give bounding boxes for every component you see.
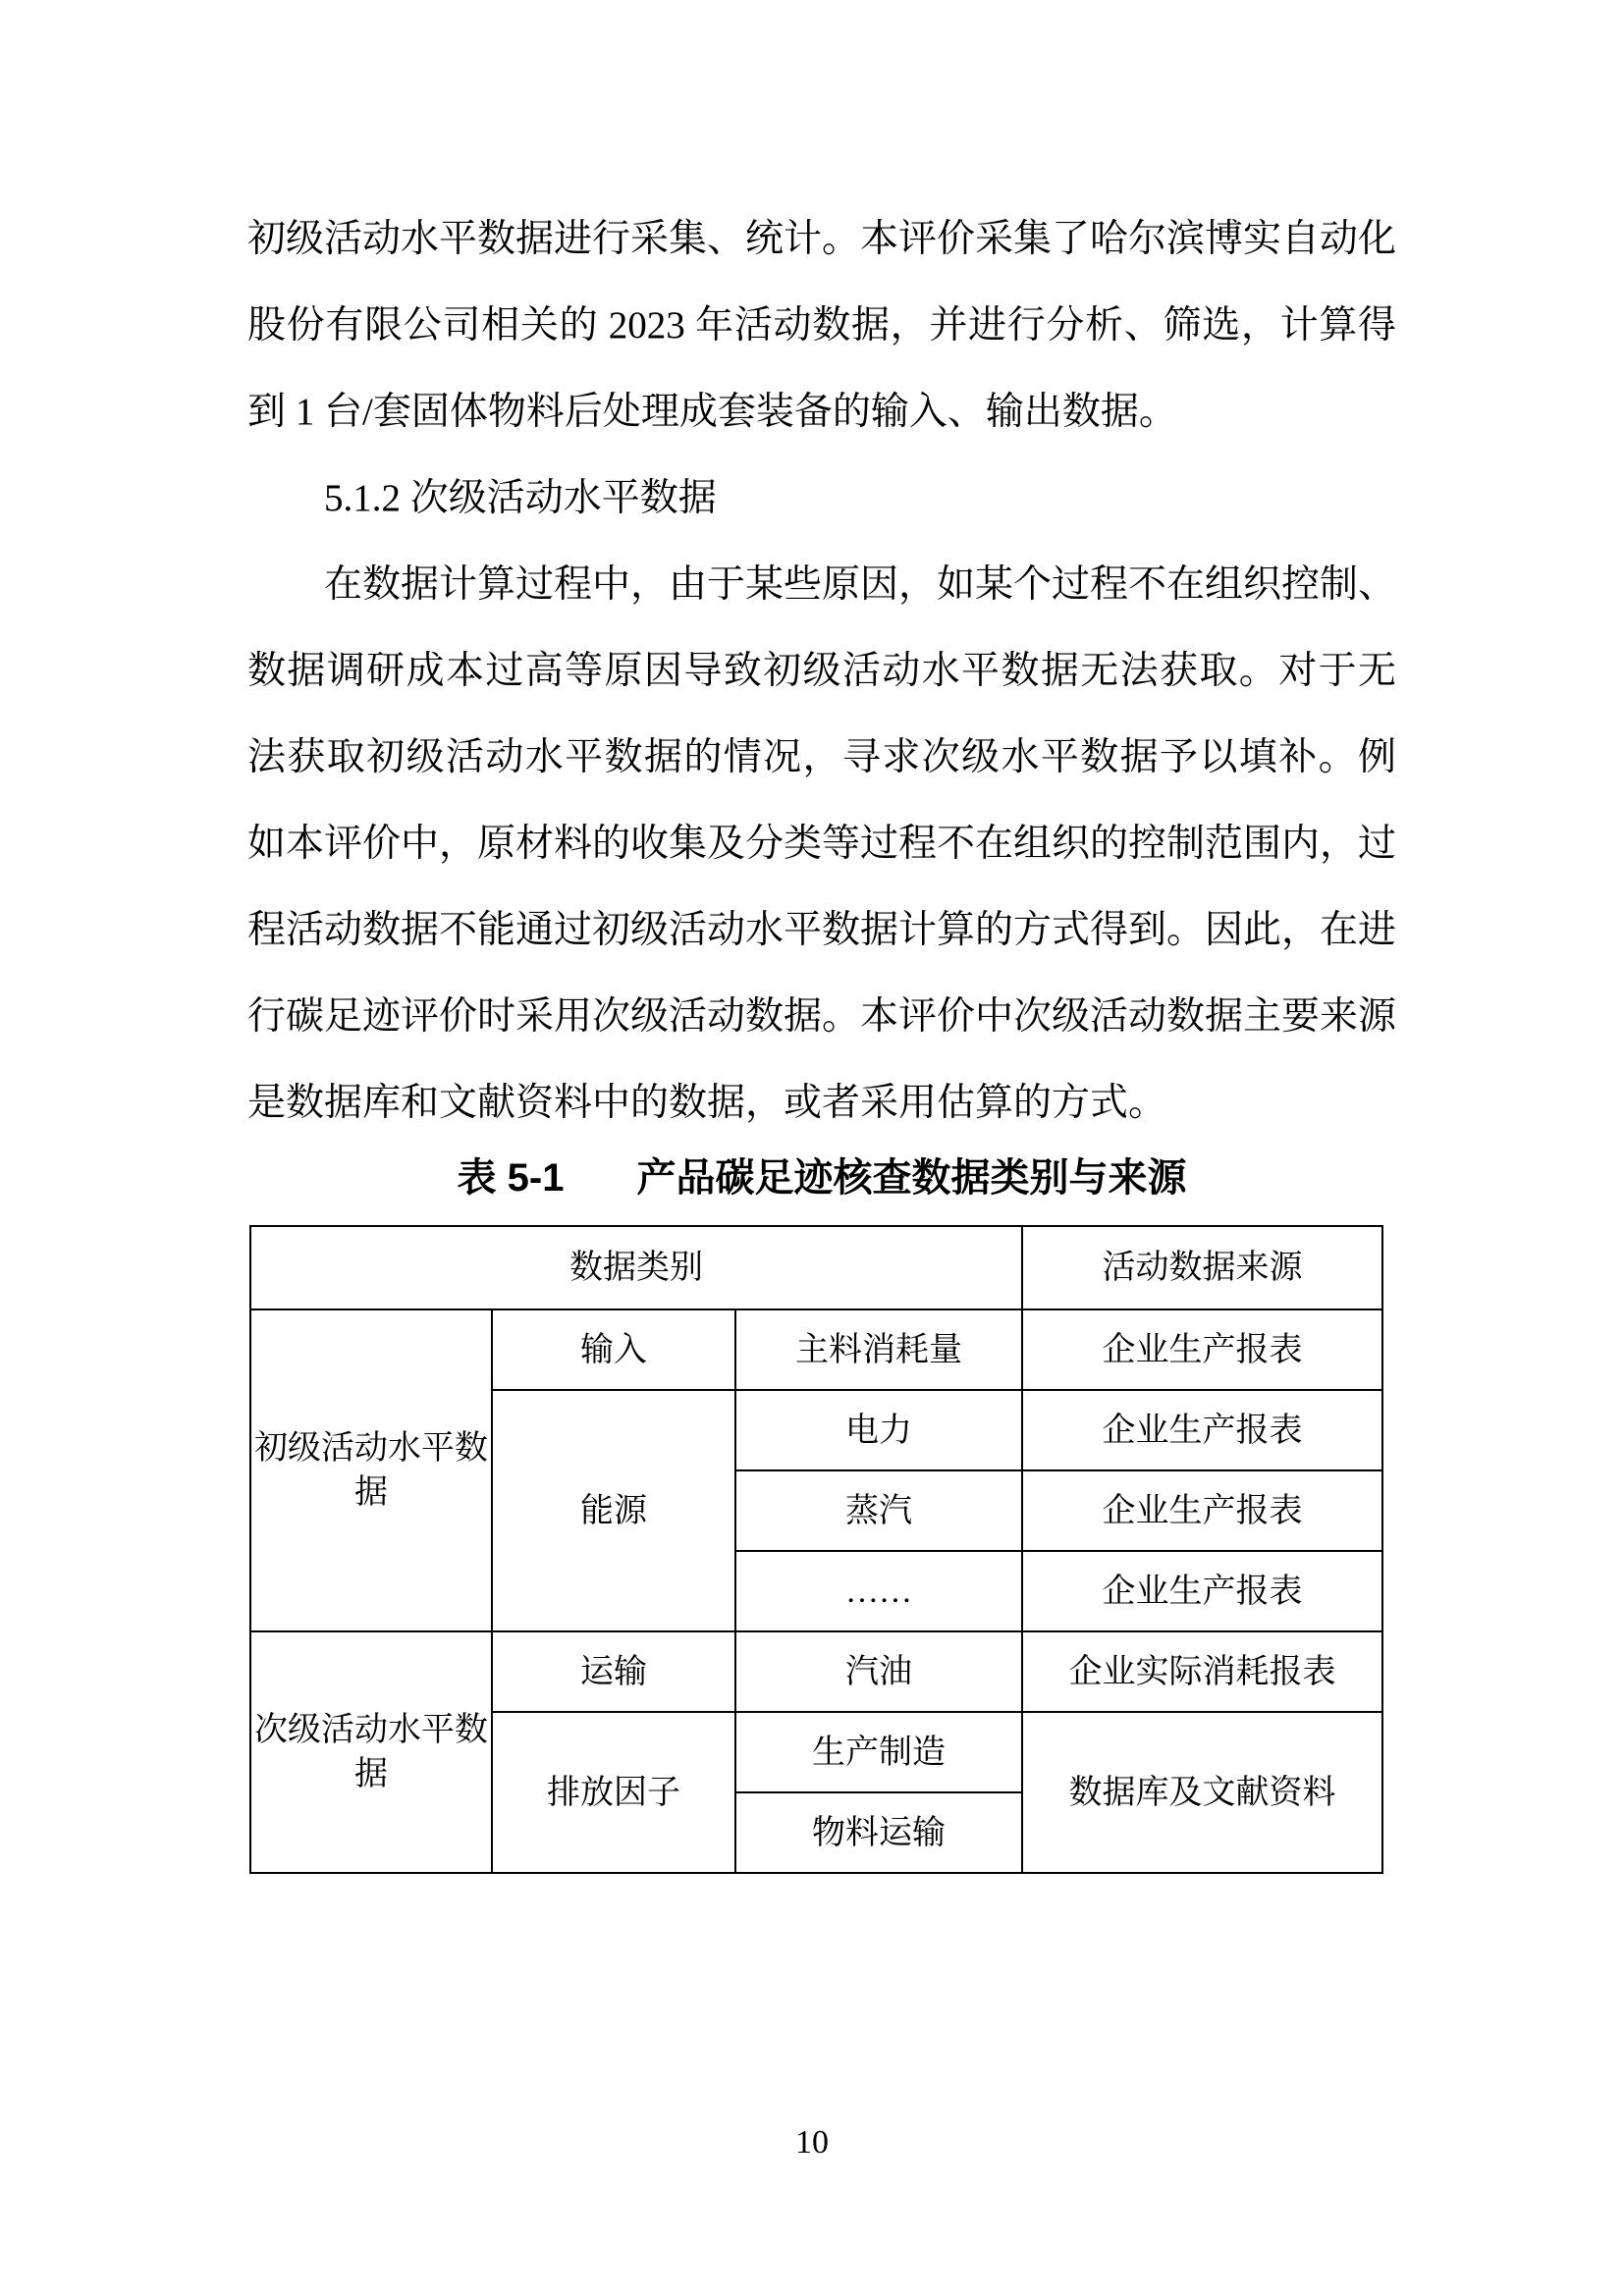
header-cell-category: 数据类别 bbox=[250, 1226, 1022, 1309]
cell-input-source: 企业生产报表 bbox=[1022, 1309, 1382, 1390]
paragraph-secondary: 在数据计算过程中，由于某些原因，如某个过程不在组织控制、 数据调研成本过高等原因… bbox=[247, 542, 1396, 1147]
text-line: 股份有限公司相关的 2023 年活动数据，并进行分析、筛选，计算得 bbox=[247, 283, 1396, 369]
cell-energy-item: 电力 bbox=[735, 1390, 1022, 1470]
table-row: 次级活动水平数据 运输 汽油 企业实际消耗报表 bbox=[250, 1631, 1382, 1712]
document-page: 初级活动水平数据进行采集、统计。本评价采集了哈尔滨博实自动化 股份有限公司相关的… bbox=[0, 0, 1624, 2296]
text-line: 如本评价中，原材料的收集及分类等过程不在组织的控制范围内，过 bbox=[247, 801, 1396, 887]
cell-energy-label: 能源 bbox=[492, 1390, 735, 1631]
text-line: 初级活动水平数据进行采集、统计。本评价采集了哈尔滨博实自动化 bbox=[247, 196, 1396, 283]
text-line: 行碳足迹评价时采用次级活动数据。本评价中次级活动数据主要来源 bbox=[247, 974, 1396, 1060]
page-number: 10 bbox=[0, 2123, 1624, 2163]
text-line: 到 1 台/套固体物料后处理成套装备的输入、输出数据。 bbox=[247, 369, 1396, 455]
table-header-row: 数据类别 活动数据来源 bbox=[250, 1226, 1382, 1309]
cell-secondary-group: 次级活动水平数据 bbox=[250, 1631, 492, 1873]
cell-energy-item: 蒸汽 bbox=[735, 1470, 1022, 1551]
body-text: 初级活动水平数据进行采集、统计。本评价采集了哈尔滨博实自动化 股份有限公司相关的… bbox=[247, 196, 1396, 1874]
cell-input-label: 输入 bbox=[492, 1309, 735, 1390]
text-line: 在数据计算过程中，由于某些原因，如某个过程不在组织控制、 bbox=[247, 542, 1396, 628]
cell-input-item: 主料消耗量 bbox=[735, 1309, 1022, 1390]
cell-emission-label: 排放因子 bbox=[492, 1712, 735, 1873]
table-row: 初级活动水平数据 输入 主料消耗量 企业生产报表 bbox=[250, 1309, 1382, 1390]
text-line: 程活动数据不能通过初级活动水平数据计算的方式得到。因此，在进 bbox=[247, 887, 1396, 974]
section-heading: 5.1.2 次级活动水平数据 bbox=[247, 455, 1396, 542]
table-caption-title: 产品碳足迹核查数据类别与来源 bbox=[636, 1156, 1186, 1200]
cell-emission-item: 生产制造 bbox=[735, 1712, 1022, 1792]
text-line: 法获取初级活动水平数据的情况，寻求次级水平数据予以填补。例 bbox=[247, 715, 1396, 801]
text-line: 是数据库和文献资料中的数据，或者采用估算的方式。 bbox=[247, 1060, 1396, 1147]
cell-energy-source: 企业生产报表 bbox=[1022, 1390, 1382, 1470]
cell-transport-item: 汽油 bbox=[735, 1631, 1022, 1712]
cell-energy-item: …… bbox=[735, 1551, 1022, 1631]
cell-transport-source: 企业实际消耗报表 bbox=[1022, 1631, 1382, 1712]
table-caption: 表 5-1产品碳足迹核查数据类别与来源 bbox=[247, 1147, 1396, 1209]
data-source-table: 数据类别 活动数据来源 初级活动水平数据 输入 主料消耗量 企业生产报表 能源 … bbox=[249, 1225, 1383, 1874]
cell-primary-group: 初级活动水平数据 bbox=[250, 1309, 492, 1631]
text-line: 数据调研成本过高等原因导致初级活动水平数据无法获取。对于无 bbox=[247, 628, 1396, 715]
cell-emission-item: 物料运输 bbox=[735, 1792, 1022, 1873]
header-cell-source: 活动数据来源 bbox=[1022, 1226, 1382, 1309]
cell-transport-label: 运输 bbox=[492, 1631, 735, 1712]
paragraph-continued: 初级活动水平数据进行采集、统计。本评价采集了哈尔滨博实自动化 股份有限公司相关的… bbox=[247, 196, 1396, 455]
table-caption-label: 表 5-1 bbox=[458, 1156, 565, 1200]
cell-energy-source: 企业生产报表 bbox=[1022, 1470, 1382, 1551]
cell-energy-source: 企业生产报表 bbox=[1022, 1551, 1382, 1631]
cell-emission-source: 数据库及文献资料 bbox=[1022, 1712, 1382, 1873]
